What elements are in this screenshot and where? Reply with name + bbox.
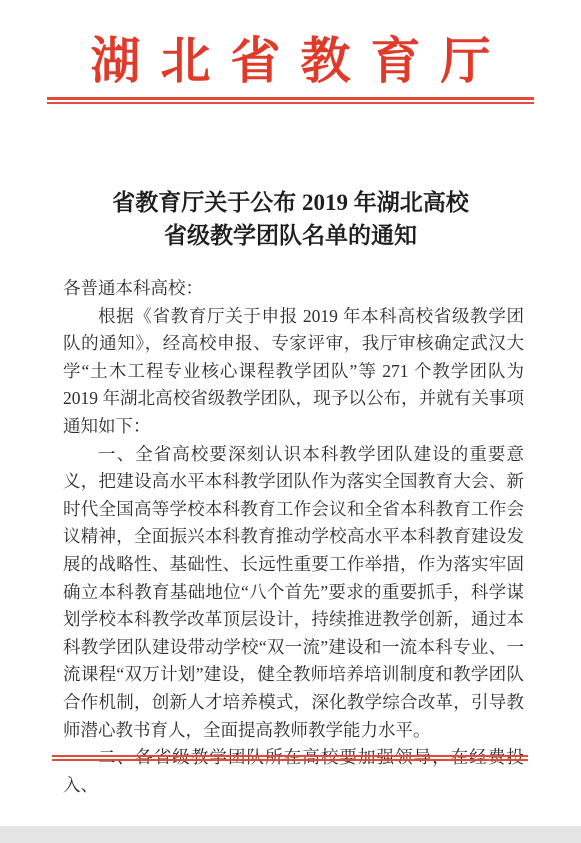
footer-divider (52, 755, 528, 761)
scanned-document-page: 湖北省教育厅 省教育厅关于公布 2019 年湖北高校 省级教学团队名单的通知 各… (0, 0, 581, 843)
document-title-line2: 省级教学团队名单的通知 (0, 219, 581, 252)
salutation: 各普通本科高校： (63, 275, 524, 303)
document-body: 各普通本科高校： 根据《省教育厅关于申报 2019 年本科高校省级教学团队的通知… (63, 275, 524, 799)
paragraph-item-two-truncated: 二、各省级教学团队所在高校要加强领导，在经费投入、 (63, 744, 524, 799)
letterhead-title: 湖北省教育厅 (0, 32, 581, 90)
page-bottom-edge (0, 826, 581, 843)
letterhead-divider (47, 97, 534, 104)
paragraph-item-one: 一、全省高校要深刻认识本科教学团队建设的重要意义，把建设高水平本科教学团队作为落… (63, 441, 524, 745)
document-title: 省教育厅关于公布 2019 年湖北高校 省级教学团队名单的通知 (0, 186, 581, 252)
paragraph-basis: 根据《省教育厅关于申报 2019 年本科高校省级教学团队的通知》，经高校申报、专… (63, 303, 524, 441)
document-title-line1: 省教育厅关于公布 2019 年湖北高校 (0, 186, 581, 219)
